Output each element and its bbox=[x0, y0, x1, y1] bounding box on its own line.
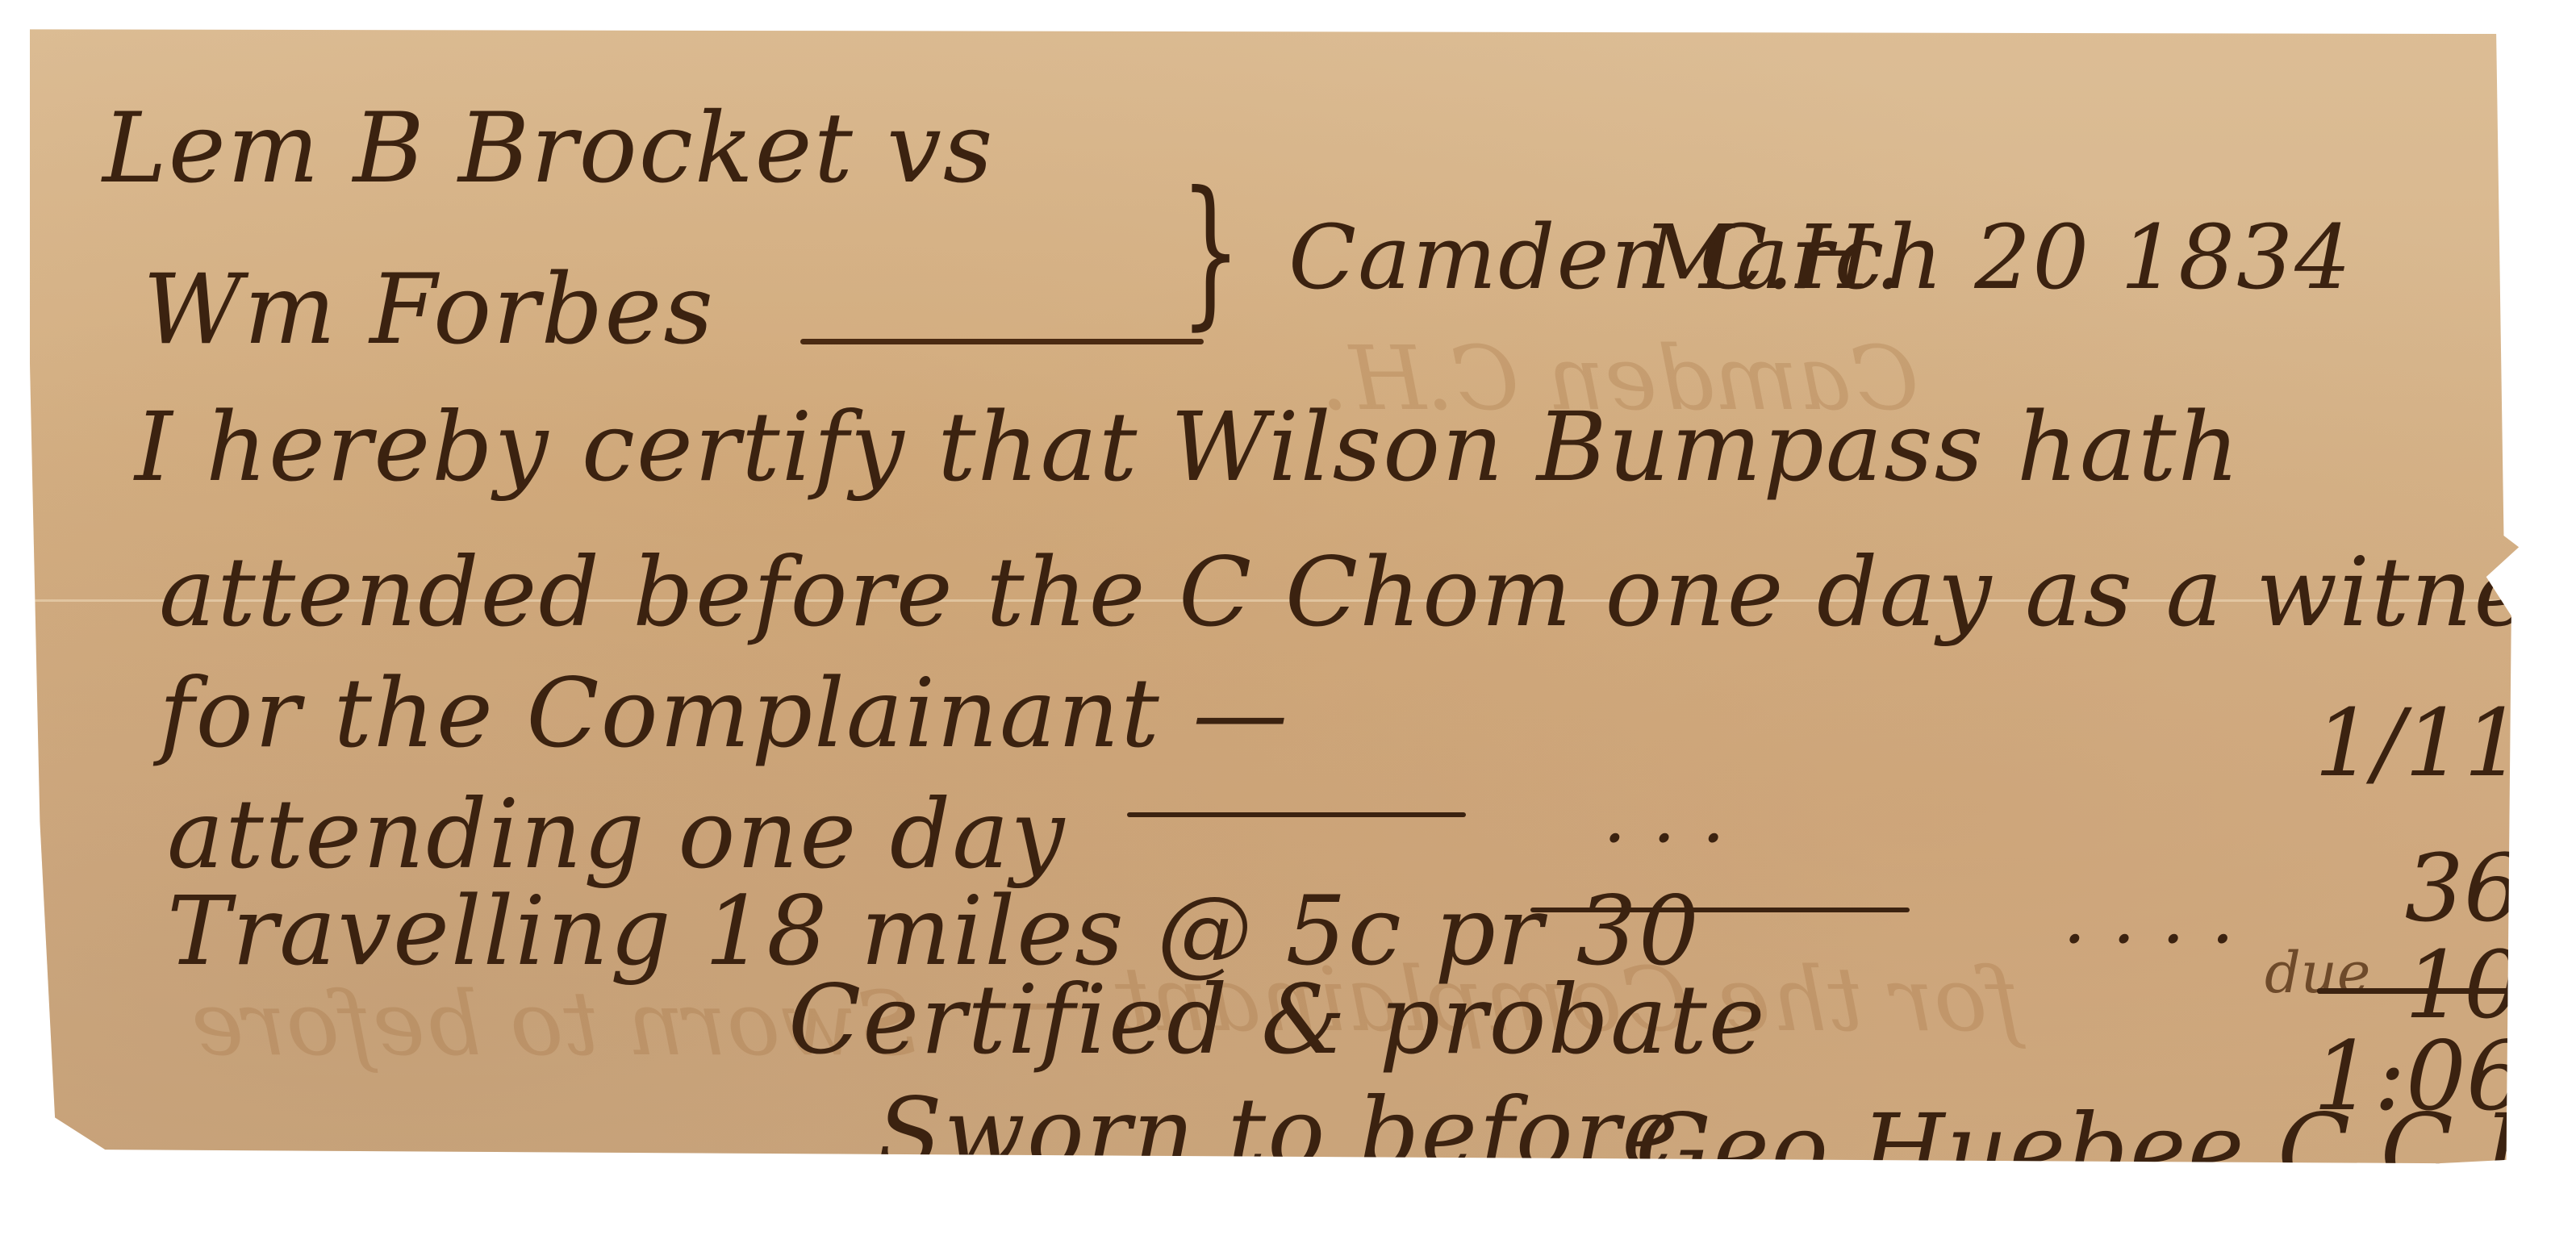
leader-rule bbox=[1127, 812, 1466, 817]
versus-label: vs bbox=[887, 93, 994, 205]
case-plaintiff: Lem B Brocket vs bbox=[102, 93, 994, 205]
leader-dots: . . . . bbox=[2063, 875, 2236, 960]
certificate-line-3: for the Complainant — bbox=[159, 657, 1289, 769]
certificate-line-1: I hereby certify that Wilson Bumpass hat… bbox=[135, 391, 2241, 503]
clerk-signature: Geo Huebee C.C.Pom bbox=[1635, 1093, 2576, 1204]
leader-rule bbox=[1530, 908, 1910, 912]
certificate-line-2: attended before the C Chom one day as a … bbox=[159, 536, 2576, 648]
case-defendant: Wm Forbes bbox=[143, 254, 715, 366]
item-attending-description: attending one day bbox=[167, 778, 1066, 890]
attestation-line-1: Certified & probate bbox=[788, 964, 1767, 1075]
amount-travelling: 36 bbox=[2313, 835, 2523, 943]
date: March 20 1834 bbox=[1643, 206, 2353, 309]
attestation-line-2: Sworn to before bbox=[877, 1077, 1680, 1188]
total-rule bbox=[2317, 988, 2559, 994]
brace-mark: } bbox=[1179, 157, 1241, 345]
document-paper: Sworn to before for the Complainant — Ca… bbox=[30, 20, 2539, 1166]
amount-attending: 1/11 bbox=[2313, 690, 2523, 798]
leader-dots: . . . bbox=[1603, 774, 1726, 859]
underline-rule bbox=[800, 339, 1204, 344]
